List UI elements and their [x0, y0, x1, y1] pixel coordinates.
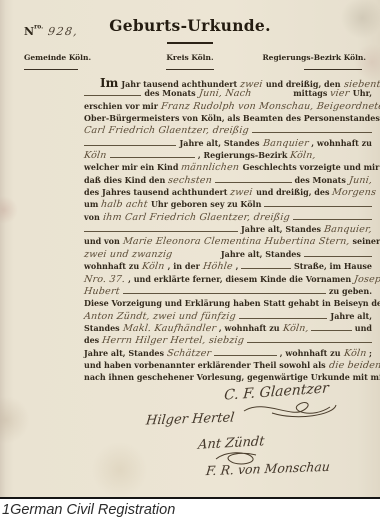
body-line: Ober-Bürgermeisters von Köln, als Beamte…: [84, 113, 372, 125]
text-segment: Joseph: [354, 274, 380, 285]
text-segment: Franz Rudolph von Monschau, Beigeordnete…: [160, 101, 380, 112]
text-segment: um: [84, 199, 98, 209]
blank-space: [254, 89, 290, 96]
caption-bar: 1German Civil Registration: [0, 497, 380, 520]
body-line: Hubertzu geben.: [84, 286, 372, 298]
text-segment: , und erklärte ferner, diesem Kinde die …: [128, 274, 351, 284]
body-line: vonihm Carl Friedrich Glaentzer, dreißig: [84, 212, 372, 224]
text-segment: Juni, Nach: [198, 88, 252, 99]
body-line: Jahre alt, StandesSchätzer, wohnhaft zuK…: [84, 348, 372, 360]
body-line: wohnhaft zuKöln, in derHöhle,Straße, im …: [84, 261, 372, 273]
blank-rule: [241, 261, 291, 269]
text-segment: Diese Vorzeigung und Erklärung haben Sta…: [84, 298, 380, 308]
blank-space: [319, 151, 372, 158]
body-line: Nro. 37., und erklärte ferner, diesem Ki…: [84, 274, 372, 286]
text-segment: Köln,: [290, 150, 317, 161]
text-segment: männlichen: [181, 162, 241, 173]
text-segment: Jahre alt, Standes: [179, 138, 259, 148]
text-segment: welcher mir ein Kind: [84, 162, 178, 172]
text-segment: Herrn Hilger Hertel, siebzig: [102, 335, 245, 346]
text-segment: , in der: [168, 261, 200, 271]
text-segment: erschien vor mir: [84, 101, 158, 111]
text-segment: Ober-Bürgermeisters von Köln, als Beamte…: [84, 113, 380, 123]
text-segment: Standes: [84, 323, 120, 333]
text-segment: Anton Zündt, zwei und fünfzig: [83, 311, 236, 322]
text-segment: Geschlechts vorzeigte und mir erklärte,: [243, 162, 380, 172]
text-segment: Jahre alt, Standes: [84, 348, 164, 358]
text-segment: sechsten: [168, 175, 213, 186]
subheader-kreis: Kreis Köln.: [166, 53, 213, 62]
subheader-underline: [166, 69, 214, 70]
blank-rule: [123, 286, 326, 294]
subheader-regierungsbezirk: Regierungs-Bezirk Köln.: [262, 53, 366, 62]
text-segment: ,: [236, 261, 239, 271]
signature-official: F. R. von Monschau: [205, 459, 331, 478]
text-segment: ihm Carl Friedrich Glaentzer, dreißig: [102, 212, 290, 223]
text-segment: Banquier,: [323, 224, 372, 235]
text-segment: Banquier: [262, 138, 309, 149]
text-segment: Höhle: [202, 261, 233, 272]
text-segment: Jahre alt, Standes: [241, 224, 321, 234]
subheader-underline: [24, 69, 78, 70]
text-segment: Nro. 37.: [83, 274, 126, 285]
blank-rule: [247, 335, 372, 343]
blank-rule: [252, 125, 372, 133]
blank-rule: [84, 88, 141, 96]
blank-rule: [84, 224, 238, 232]
blank-rule: [110, 150, 195, 158]
blank-rule: [84, 138, 176, 146]
document-body: ImJahr tausend achthundertzweiund dreißi…: [84, 76, 372, 385]
text-segment: daß dies Kind den: [84, 175, 165, 185]
blank-rule: [311, 323, 351, 331]
text-segment: Morgens: [332, 187, 377, 198]
text-segment: wohnhaft zu: [84, 261, 139, 271]
text-segment: des Monats: [144, 88, 195, 98]
text-segment: Juni,: [348, 175, 372, 186]
body-line: zwei und zwanzigJahre alt, Standes: [84, 249, 372, 261]
figure-caption: 1German Civil Registration: [0, 500, 175, 520]
text-segment: , wohnhaft zu: [280, 348, 341, 358]
blank-rule: [293, 212, 372, 220]
scanned-document-page: Nro. 928, Geburts-Urkunde. Gemeinde Köln…: [0, 0, 380, 520]
figure-number: 1: [2, 502, 10, 518]
subheader-gemeinde: Gemeinde Köln.: [24, 53, 91, 62]
body-line: daß dies Kind densechstendes MonatsJuni,: [84, 175, 372, 187]
body-line: welcher mir ein KindmännlichenGeschlecht…: [84, 162, 372, 174]
text-segment: von: [84, 212, 100, 222]
text-segment: , wohnhaft zu: [219, 323, 280, 333]
body-line: Jahre alt, StandesBanquier, wohnhaft zu: [84, 138, 372, 150]
text-segment: Straße, im Hause: [294, 261, 372, 271]
blank-rule: [304, 249, 372, 257]
text-segment: vier: [330, 88, 351, 99]
text-segment: und: [355, 323, 372, 333]
text-segment: , Regierungs-Bezirk: [198, 150, 288, 160]
body-line: des Jahres tausend achthundertzweiund dr…: [84, 187, 372, 199]
text-segment: , wohnhaft zu: [311, 138, 372, 148]
body-line: umhalb achtUhr geboren sey zu Köln: [84, 199, 372, 211]
blank-space: [175, 250, 217, 257]
text-segment: des Jahres tausend achthundert: [84, 187, 227, 197]
text-segment: seiner Ehefrau,: [352, 236, 380, 246]
body-line: erschien vor mirFranz Rudolph von Monsch…: [84, 101, 372, 113]
signature-witness-hertel: Hilger Hertel: [145, 410, 235, 428]
blank-rule: [264, 199, 372, 207]
text-segment: nach ihnen geschehener Vorlesung, gegenw…: [84, 372, 380, 382]
text-segment: und dreißig, des: [256, 187, 329, 197]
text-segment: die beiden Zeugen,: [328, 360, 380, 371]
blank-rule: [214, 348, 277, 356]
body-line: des MonatsJuni, NachmittagsvierUhr,: [84, 88, 372, 100]
text-segment: Carl Friedrich Glaentzer, dreißig: [83, 125, 249, 136]
body-line: desHerrn Hilger Hertel, siebzig: [84, 335, 372, 347]
text-segment: Jahre alt,: [330, 311, 372, 321]
body-line: ImJahr tausend achthundertzweiund dreißi…: [84, 76, 372, 88]
body-line: StandesMakl. Kaufhändler, wohnhaft zuKöl…: [84, 323, 372, 335]
text-segment: Köln: [343, 348, 367, 359]
text-segment: zu geben.: [329, 286, 372, 296]
text-segment: Marie Eleonora Clementina Hubertina Ster…: [122, 236, 350, 247]
text-segment: halb acht: [101, 199, 149, 210]
signature-flourish: [242, 397, 338, 421]
title-underline: [167, 42, 213, 44]
text-segment: zwei: [230, 187, 254, 198]
text-segment: Köln: [83, 150, 107, 161]
text-segment: Jahre alt, Standes: [221, 249, 301, 259]
body-line: und haben vorbenannter erklärender Theil…: [84, 360, 372, 372]
text-segment: und haben vorbenannter erklärender Theil…: [84, 360, 326, 370]
blank-rule: [215, 175, 291, 183]
text-segment: Köln: [141, 261, 165, 272]
text-segment: Uhr geboren sey zu Köln: [151, 199, 261, 209]
text-segment: Hubert: [83, 286, 120, 297]
blank-rule: [239, 311, 328, 319]
body-line: Anton Zündt, zwei und fünfzigJahre alt,: [84, 311, 372, 323]
body-line: Jahre alt, StandesBanquier,: [84, 224, 372, 236]
body-line: Köln, Regierungs-BezirkKöln,: [84, 150, 372, 162]
body-line: und vonMarie Eleonora Clementina Huberti…: [84, 236, 372, 248]
text-segment: des: [84, 335, 99, 345]
body-line: Diese Vorzeigung und Erklärung haben Sta…: [84, 298, 372, 310]
body-line: Carl Friedrich Glaentzer, dreißig: [84, 125, 372, 137]
text-segment: mittags: [293, 88, 327, 98]
text-segment: und von: [84, 236, 120, 246]
text-segment: Makl. Kaufhändler: [122, 323, 217, 334]
subheader-underline: [304, 69, 362, 70]
text-segment: ;: [369, 348, 372, 358]
text-segment: des Monats: [295, 175, 346, 185]
document-title: Geburts-Urkunde.: [0, 16, 380, 35]
text-segment: Schätzer: [166, 348, 212, 359]
text-segment: Köln,: [282, 323, 309, 334]
figure-caption-text: German Civil Registration: [10, 502, 175, 518]
text-segment: zwei und zwanzig: [83, 249, 173, 260]
